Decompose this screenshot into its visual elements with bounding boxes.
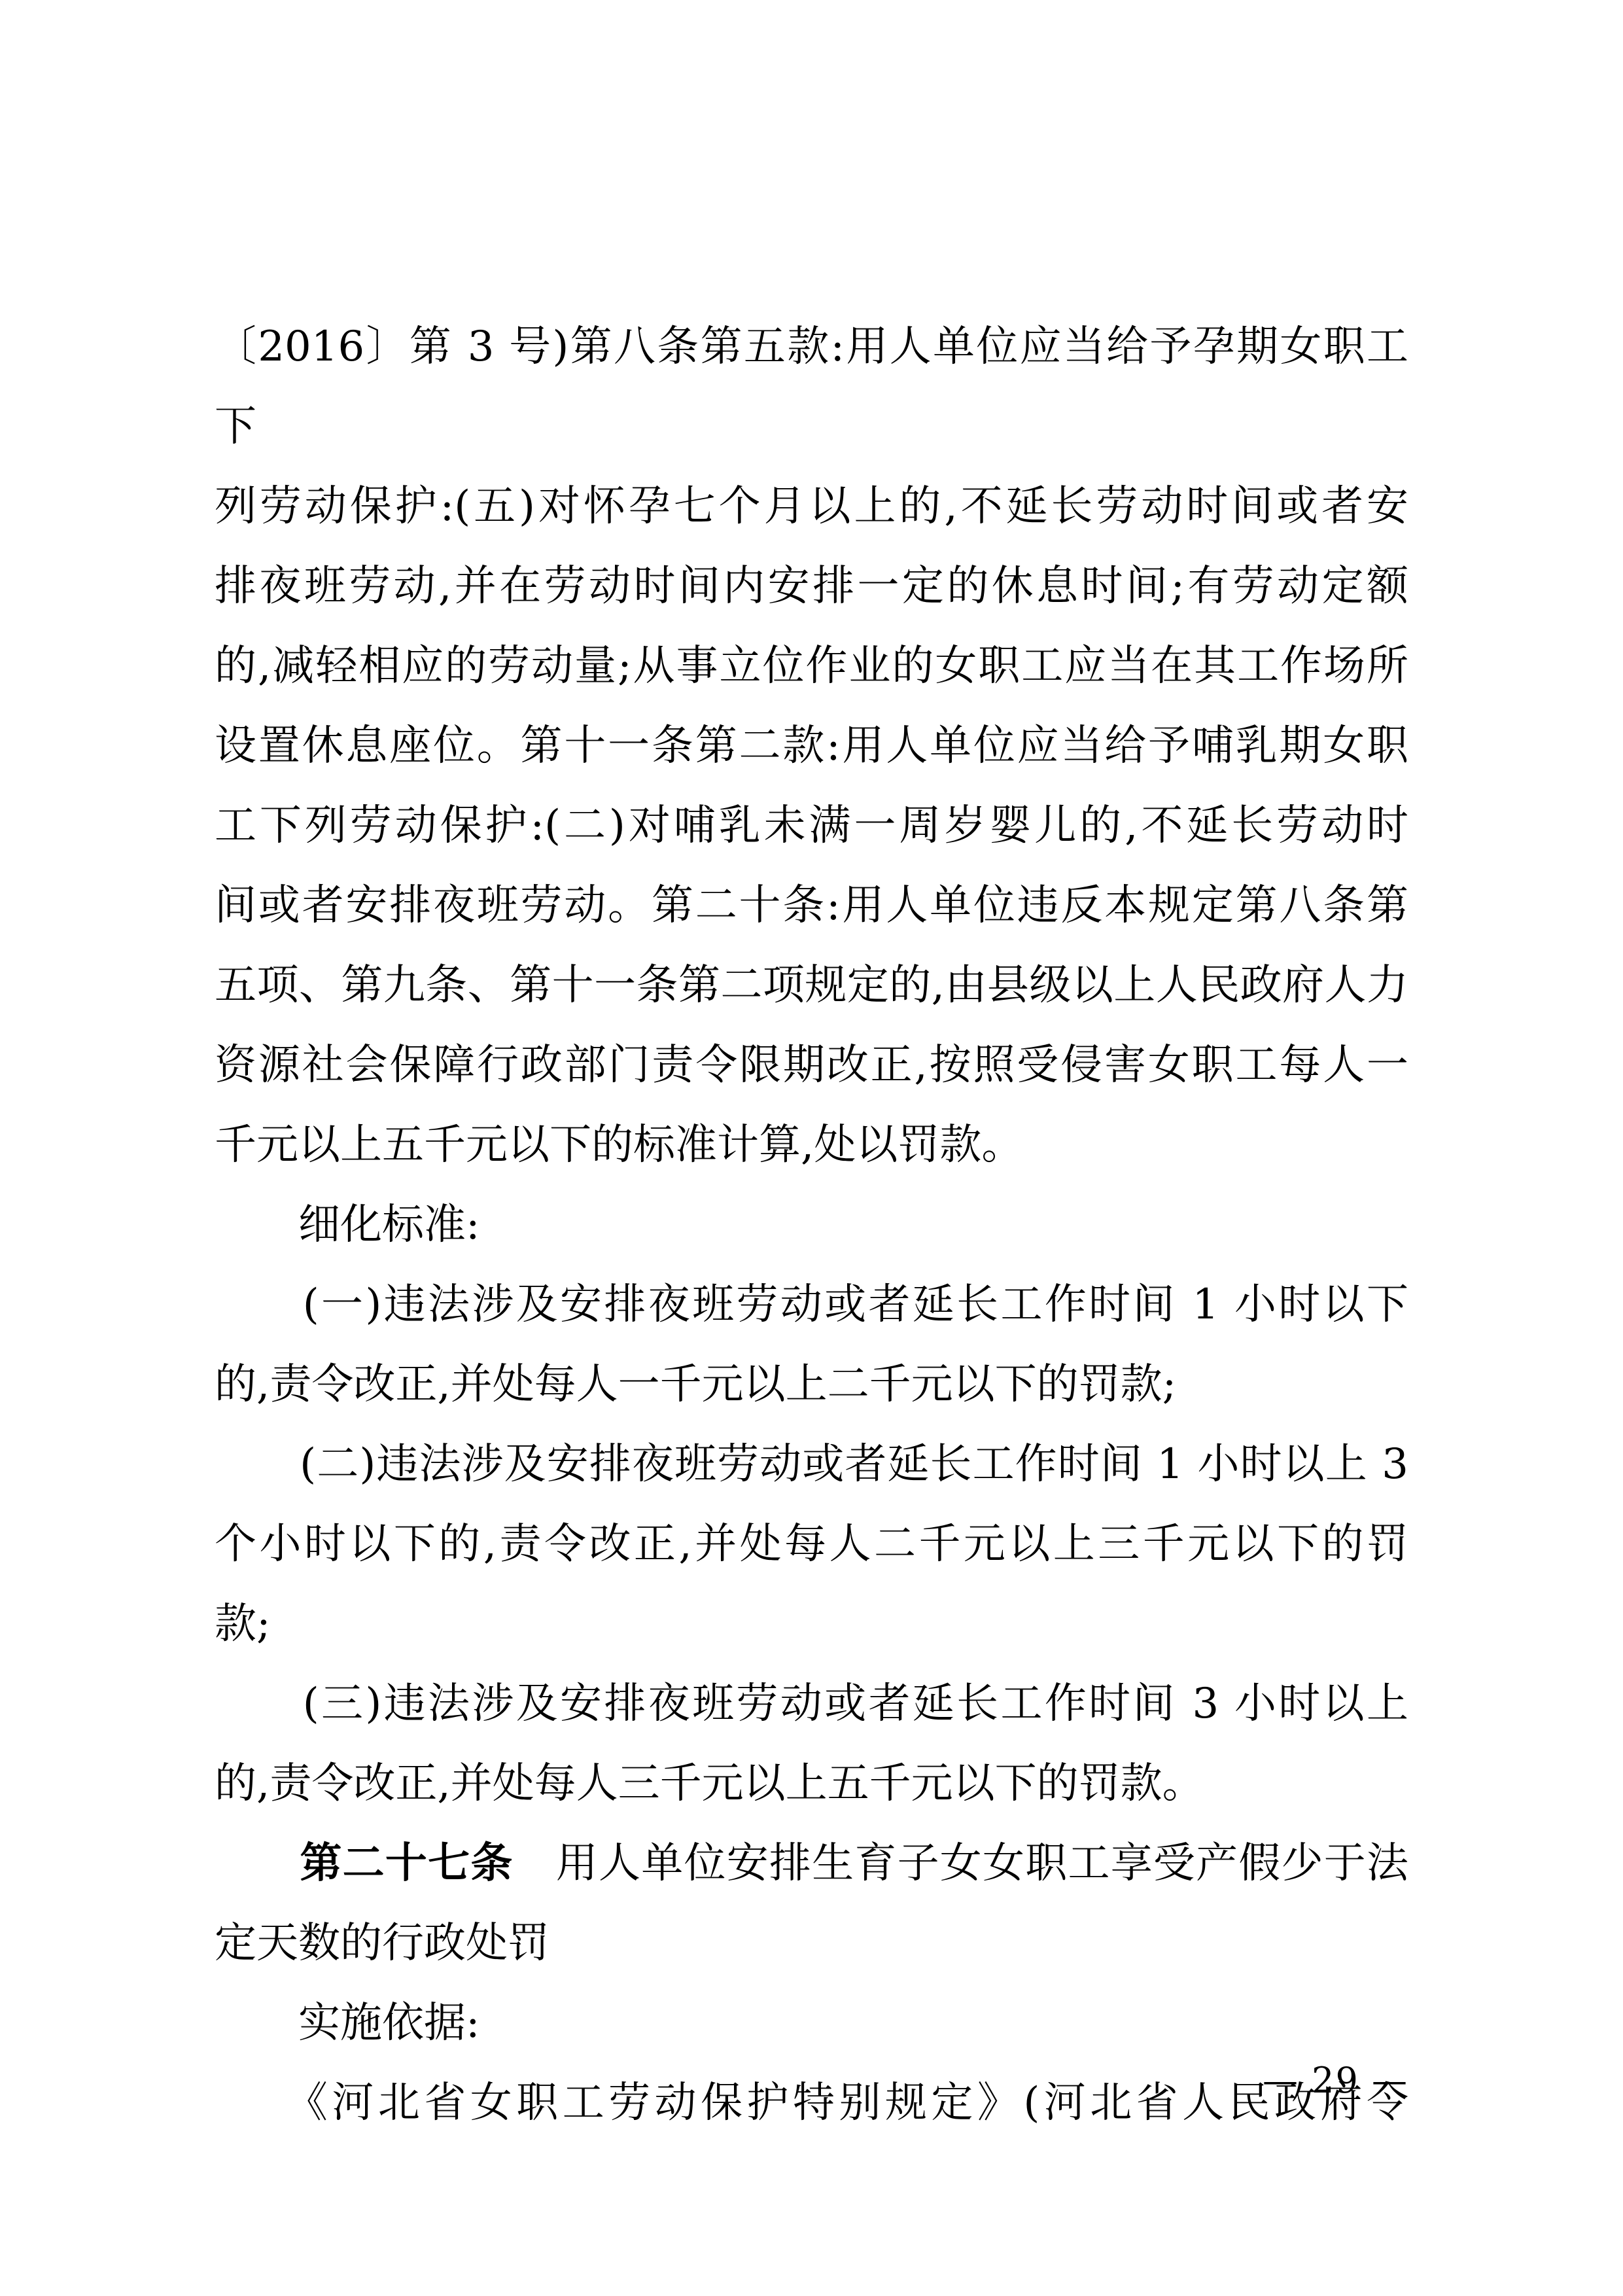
text-segment: 排夜班劳动,并在劳动时间内安排一定的休息时间;有劳动定额	[215, 562, 1408, 610]
text-line: 列劳动保护:(五)对怀孕七个月以上的,不延长劳动时间或者安	[215, 467, 1408, 546]
text-line: 《河北省女职工劳动保护特别规定》(河北省人民政府令	[215, 2063, 1408, 2143]
document-page: 〔2016〕第 3 号)第八条第五款:用人单位应当给予孕期女职工下列劳动保护:(…	[0, 0, 1623, 2296]
text-segment: 细化标准:	[215, 1201, 480, 1249]
text-segment: 《河北省女职工劳动保护特别规定》(河北省人民政府令	[215, 2079, 1408, 2127]
text-line: 款;	[215, 1584, 1408, 1664]
text-segment: 的,责令改正,并处每人三千元以上五千元以下的罚款。	[215, 1759, 1204, 1808]
text-line: 设置休息座位。第十一条第二款:用人单位应当给予哺乳期女职	[215, 706, 1408, 786]
text-segment	[215, 1839, 300, 1888]
text-line: (二)违法涉及安排夜班劳动或者延长工作时间 1 小时以上 3	[215, 1424, 1408, 1504]
text-line: 细化标准:	[215, 1185, 1408, 1265]
text-line: 工下列劳动保护:(二)对哺乳未满一周岁婴儿的,不延长劳动时	[215, 786, 1408, 866]
text-segment: (二)违法涉及安排夜班劳动或者延长工作时间 1 小时以上 3	[215, 1440, 1408, 1489]
text-line: 个小时以下的,责令改正,并处每人二千元以上三千元以下的罚	[215, 1504, 1408, 1584]
text-segment: 〔2016〕第 3 号)第八条第五款:用人单位应当给予孕期女职工下	[215, 323, 1408, 451]
text-segment: 用人单位安排生育子女女职工享受产假少于法	[514, 1839, 1408, 1888]
text-segment: 定天数的行政处罚	[215, 1919, 550, 1968]
text-line: 实施依据:	[215, 1983, 1408, 2063]
text-line: 第二十七条 用人单位安排生育子女女职工享受产假少于法	[215, 1824, 1408, 1903]
text-segment: 千元以上五千元以下的标准计算,处以罚款。	[215, 1121, 1023, 1169]
text-segment: (一)违法涉及安排夜班劳动或者延长工作时间 1 小时以下	[215, 1280, 1408, 1329]
text-line: (三)违法涉及安排夜班劳动或者延长工作时间 3 小时以上	[215, 1664, 1408, 1744]
text-line: 五项、第九条、第十一条第二项规定的,由县级以上人民政府人力	[215, 945, 1408, 1025]
text-line: 〔2016〕第 3 号)第八条第五款:用人单位应当给予孕期女职工下	[215, 307, 1408, 467]
text-line: 千元以上五千元以下的标准计算,处以罚款。	[215, 1105, 1408, 1185]
text-segment: 五项、第九条、第十一条第二项规定的,由县级以上人民政府人力	[215, 961, 1408, 1010]
text-line: 定天数的行政处罚	[215, 1903, 1408, 1983]
document-body: 〔2016〕第 3 号)第八条第五款:用人单位应当给予孕期女职工下列劳动保护:(…	[215, 307, 1408, 2143]
text-segment: (三)违法涉及安排夜班劳动或者延长工作时间 3 小时以上	[215, 1680, 1408, 1728]
text-line: (一)违法涉及安排夜班劳动或者延长工作时间 1 小时以下	[215, 1265, 1408, 1345]
text-segment: 工下列劳动保护:(二)对哺乳未满一周岁婴儿的,不延长劳动时	[215, 802, 1408, 850]
text-segment: 设置休息座位。第十一条第二款:用人单位应当给予哺乳期女职	[215, 722, 1408, 770]
page-number: — 29 —	[1263, 2061, 1408, 2100]
text-segment: 实施依据:	[215, 1999, 480, 2047]
text-segment: 列劳动保护:(五)对怀孕七个月以上的,不延长劳动时间或者安	[215, 482, 1408, 531]
text-line: 的,责令改正,并处每人一千元以上二千元以下的罚款;	[215, 1345, 1408, 1424]
text-segment: 个小时以下的,责令改正,并处每人二千元以上三千元以下的罚	[215, 1520, 1408, 1568]
text-line: 排夜班劳动,并在劳动时间内安排一定的休息时间;有劳动定额	[215, 546, 1408, 626]
text-segment: 的,减轻相应的劳动量;从事立位作业的女职工应当在其工作场所	[215, 642, 1408, 690]
text-line: 的,减轻相应的劳动量;从事立位作业的女职工应当在其工作场所	[215, 626, 1408, 706]
text-segment: 款;	[215, 1600, 271, 1648]
text-line: 间或者安排夜班劳动。第二十条:用人单位违反本规定第八条第	[215, 866, 1408, 945]
text-segment: 的,责令改正,并处每人一千元以上二千元以下的罚款;	[215, 1360, 1176, 1409]
text-line: 资源社会保障行政部门责令限期改正,按照受侵害女职工每人一	[215, 1025, 1408, 1105]
text-segment: 资源社会保障行政部门责令限期改正,按照受侵害女职工每人一	[215, 1041, 1408, 1089]
text-line: 的,责令改正,并处每人三千元以上五千元以下的罚款。	[215, 1744, 1408, 1824]
article-heading-bold: 第二十七条	[300, 1839, 513, 1888]
text-segment: 间或者安排夜班劳动。第二十条:用人单位违反本规定第八条第	[215, 881, 1408, 930]
